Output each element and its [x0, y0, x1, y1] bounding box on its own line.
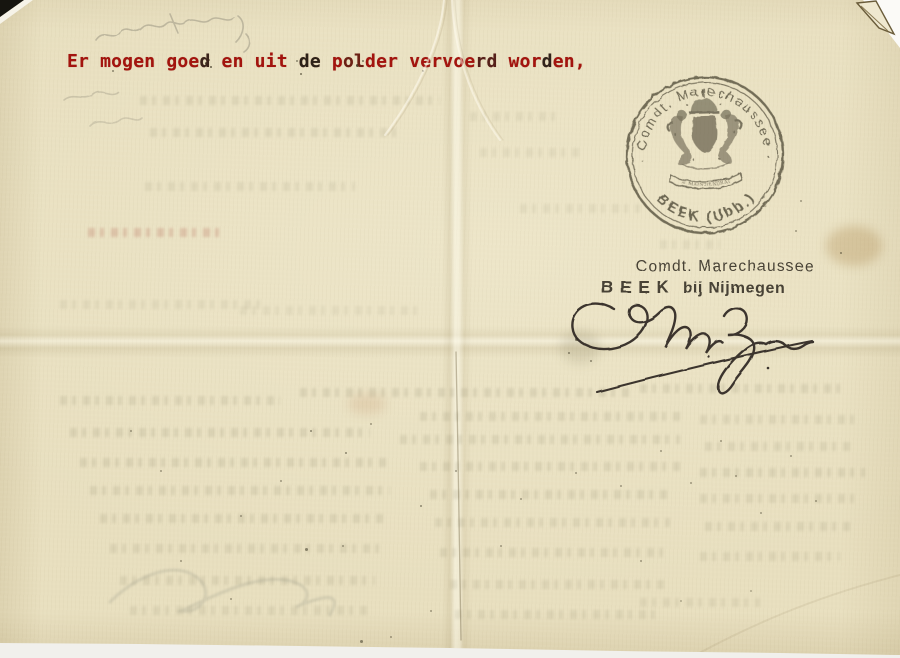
- ghost-text-row: [300, 388, 630, 397]
- ghost-text-row: [100, 514, 385, 523]
- ink-speck: [620, 485, 622, 487]
- ghost-text-row: [420, 462, 680, 471]
- ink-speck: [520, 63, 522, 65]
- ink-speck: [690, 482, 692, 484]
- ghost-text-row: [88, 228, 223, 237]
- ink-speck: [840, 252, 842, 254]
- ink-speck: [230, 598, 232, 600]
- ink-speck: [420, 505, 422, 507]
- stain: [348, 394, 386, 414]
- paper-sheet: Er mogen goed en uit de polder vervoerd …: [0, 0, 900, 658]
- ghost-text-row: [480, 148, 580, 157]
- ghost-text-row: [60, 300, 260, 309]
- line-stamp-line2-bold: BEEK: [601, 277, 676, 297]
- ink-speck: [680, 600, 682, 602]
- ink-speck: [380, 66, 382, 68]
- ink-speck: [640, 560, 642, 562]
- ghost-text-row: [520, 204, 640, 213]
- typed-char-segment: der: [365, 51, 398, 72]
- ink-speck: [455, 470, 457, 472]
- ink-speck: [520, 498, 522, 500]
- ghost-text-row: [240, 306, 420, 315]
- ink-speck: [800, 200, 802, 202]
- ink-speck: [590, 360, 592, 362]
- ink-speck: [372, 57, 374, 59]
- ink-speck: [390, 636, 392, 638]
- typed-char-segment: rd: [475, 51, 497, 72]
- ink-speck: [208, 59, 210, 61]
- ghost-text-row: [420, 412, 680, 421]
- scanned-document-page: Er mogen goed en uit de polder vervoerd …: [0, 0, 900, 658]
- netherlands-coat-of-arms-icon: [666, 89, 743, 190]
- typed-char-segment: ol: [343, 51, 365, 72]
- ink-speck: [180, 560, 182, 562]
- ink-speck: [310, 430, 312, 432]
- ink-speck: [370, 423, 372, 425]
- ink-speck: [280, 480, 282, 482]
- ghost-text-row: [130, 606, 370, 615]
- ink-speck: [160, 470, 162, 472]
- ink-speck: [760, 512, 762, 514]
- typed-char-segment: en uit: [211, 51, 299, 72]
- ghost-text-row: [640, 598, 760, 607]
- typed-char-segment: d: [199, 51, 210, 72]
- stamp-inner-ring: [631, 81, 780, 230]
- ghost-text-row: [400, 435, 680, 444]
- ink-speck: [342, 545, 344, 547]
- typed-char-segment: p: [321, 51, 343, 72]
- typed-permit-line: Er mogen goed en uit de polder vervoerd …: [67, 51, 586, 72]
- ghost-text-row: [700, 552, 840, 561]
- stain: [826, 226, 882, 266]
- ink-speck: [750, 590, 752, 592]
- ink-speck: [305, 548, 308, 551]
- ink-speck: [205, 62, 208, 65]
- ghost-text-row: [110, 544, 380, 553]
- ink-speck: [210, 66, 212, 68]
- ink-speck: [500, 545, 502, 547]
- crease-lines: [385, 0, 900, 658]
- ink-speck: [735, 475, 737, 477]
- ghost-text-row: [640, 384, 840, 393]
- ghost-text-row: [455, 610, 660, 619]
- ink-speck: [795, 230, 797, 232]
- ghost-signature: [110, 570, 334, 615]
- ghost-text-row: [700, 468, 865, 477]
- ink-speck: [240, 515, 242, 517]
- stamp-motto-text: JE MAINTIENDRAI: [681, 179, 731, 189]
- ink-speck: [296, 60, 298, 62]
- ink-speck: [422, 70, 424, 72]
- ghost-text-row: [440, 548, 665, 557]
- ghost-text-row: [700, 415, 860, 424]
- ghost-text-row: [70, 428, 370, 437]
- ghost-text-row: [470, 112, 560, 121]
- typed-char-segment: Er mogen goe: [67, 51, 199, 72]
- ghost-text-row: [660, 240, 720, 249]
- ink-speck: [790, 455, 792, 457]
- ghost-text-row: [90, 486, 390, 495]
- signature-ink: [572, 304, 813, 393]
- stamp-outer-ring: [625, 75, 785, 235]
- ink-speck: [815, 500, 817, 502]
- ghost-text-row: [120, 576, 375, 585]
- ghost-text-row: [80, 458, 390, 467]
- ink-speck: [362, 60, 364, 62]
- ink-speck: [112, 70, 114, 72]
- ink-speck: [300, 73, 302, 75]
- ghost-text-row: [705, 522, 850, 531]
- ghost-text-row: [60, 396, 280, 405]
- ink-speck: [575, 472, 577, 474]
- ink-speck: [575, 338, 578, 341]
- ink-speck: [720, 440, 722, 442]
- stain: [560, 330, 600, 364]
- ghost-text-row: [145, 182, 355, 191]
- line-stamp: Comdt. Marechaussee BEEK bij Nijmegen: [601, 258, 814, 297]
- ghost-text-row: [700, 494, 855, 503]
- typed-char-segment: en,: [553, 51, 586, 72]
- ghost-text-row: [430, 490, 670, 499]
- typed-char-segment: wor: [498, 51, 542, 72]
- stamp-arc-bottom-text: BEEK (Ubb.): [653, 189, 759, 227]
- ink-speck: [350, 58, 352, 60]
- ink-speck: [430, 610, 432, 612]
- typed-char-segment: vervoe: [398, 51, 475, 72]
- ghost-text-row: [705, 442, 855, 451]
- typed-char-segment: d: [542, 51, 553, 72]
- ink-speck: [568, 352, 570, 354]
- line-stamp-line1: Comdt. Marechaussee: [636, 258, 815, 275]
- ink-speck: [130, 430, 132, 432]
- ink-speck: [345, 452, 347, 454]
- stamp-arc-top-text: · Comdt. Marechaussee ·: [632, 82, 776, 164]
- ghost-text-row: [450, 580, 665, 589]
- ghost-text-row: [435, 518, 670, 527]
- round-stamp: · Comdt. Marechaussee · BEEK (Ubb.): [625, 75, 785, 235]
- ghost-text-row: [150, 128, 400, 137]
- ink-speck: [360, 640, 363, 643]
- ink-speck: [545, 57, 547, 59]
- pencil-scribble: [64, 14, 250, 126]
- typed-char-segment: de: [299, 51, 321, 72]
- ink-speck: [356, 64, 359, 67]
- ghost-text-row: [140, 96, 440, 105]
- ink-overlay: · Comdt. Marechaussee · BEEK (Ubb.): [0, 0, 900, 658]
- line-stamp-line2-rest: bij Nijmegen: [683, 280, 785, 297]
- ink-speck: [660, 450, 662, 452]
- fold-creases: [0, 0, 900, 658]
